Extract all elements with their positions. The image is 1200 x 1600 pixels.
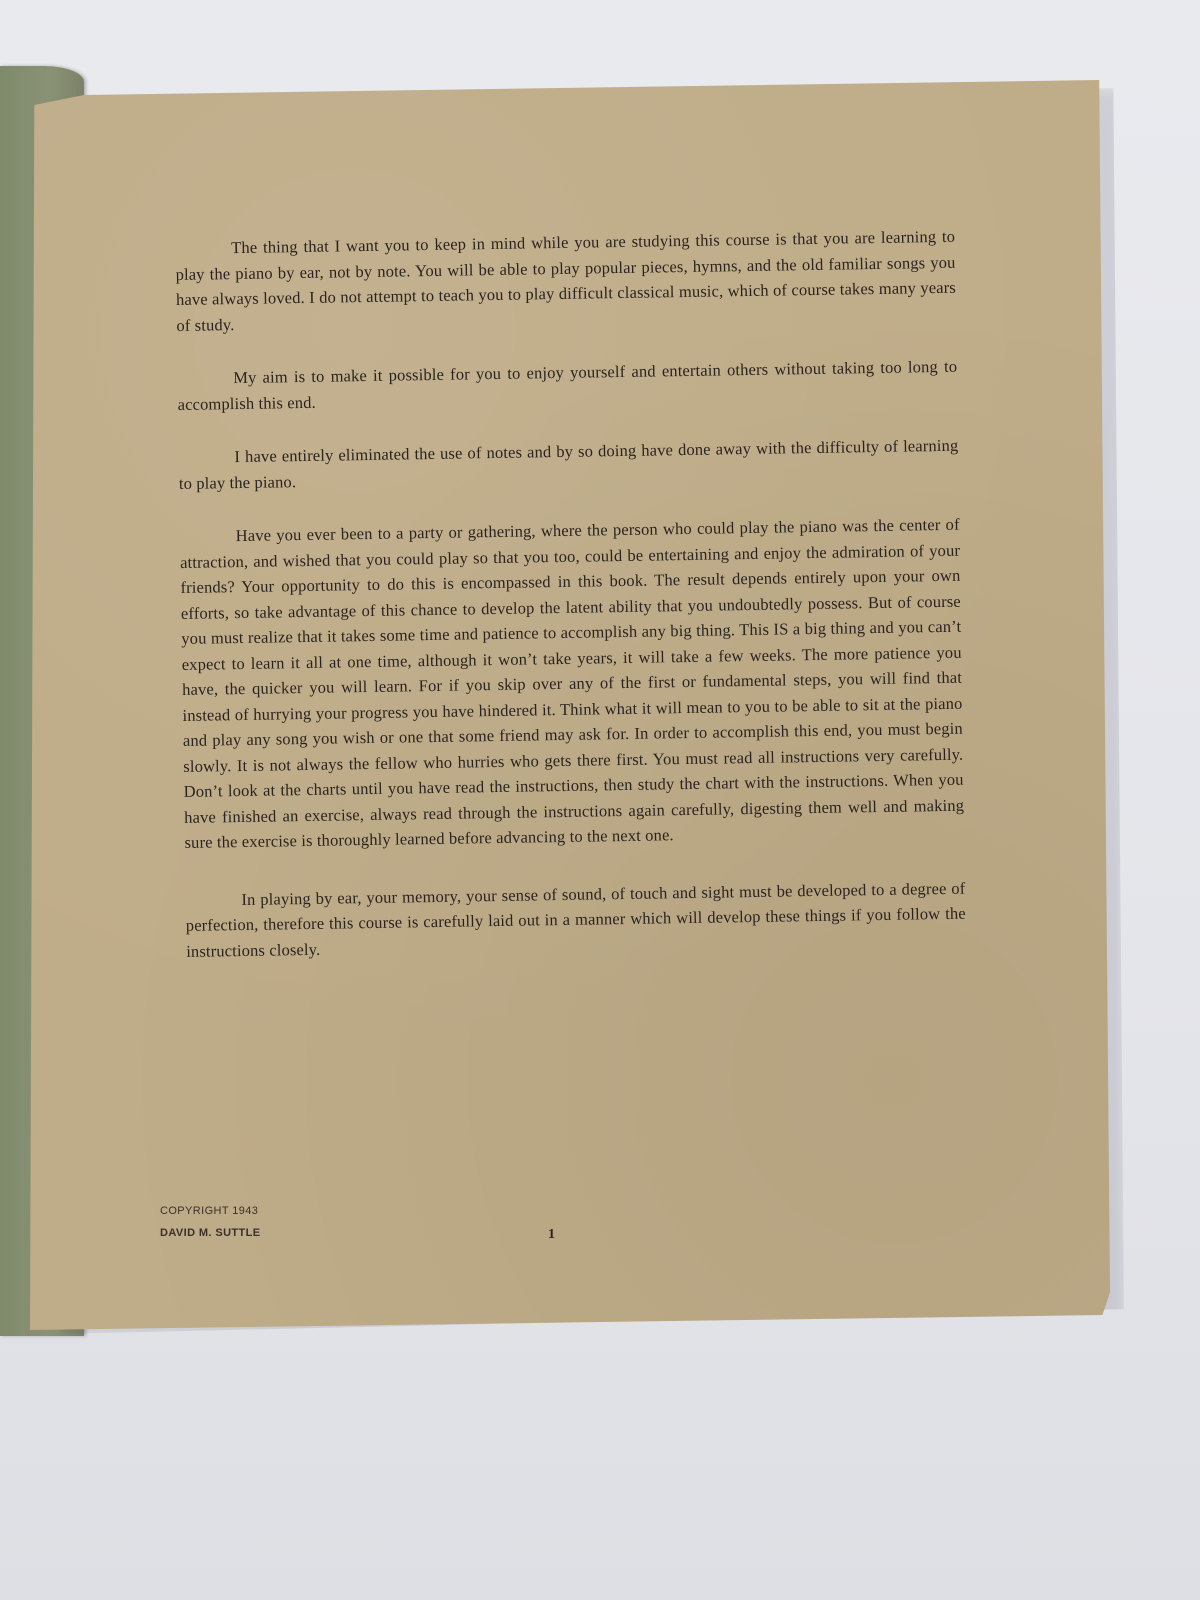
paragraph-aim: My aim is to make it possible for you to… xyxy=(177,354,958,417)
author-name: DAVID M. SUTTLE xyxy=(160,1222,261,1244)
paragraph-notes-eliminated: I have entirely eliminated the use of no… xyxy=(178,433,959,496)
paragraph-party: Have you ever been to a party or gatheri… xyxy=(180,512,965,856)
paragraph-playing-by-ear: In playing by ear, your memory, your sen… xyxy=(185,875,966,964)
page-number: 1 xyxy=(548,1227,555,1243)
paragraph-intro: The thing that I want you to keep in min… xyxy=(175,224,957,338)
page-body: The thing that I want you to keep in min… xyxy=(175,224,967,992)
page-footer-credits: COPYRIGHT 1943 DAVID M. SUTTLE xyxy=(160,1200,261,1244)
copyright-notice: COPYRIGHT 1943 xyxy=(160,1200,261,1222)
